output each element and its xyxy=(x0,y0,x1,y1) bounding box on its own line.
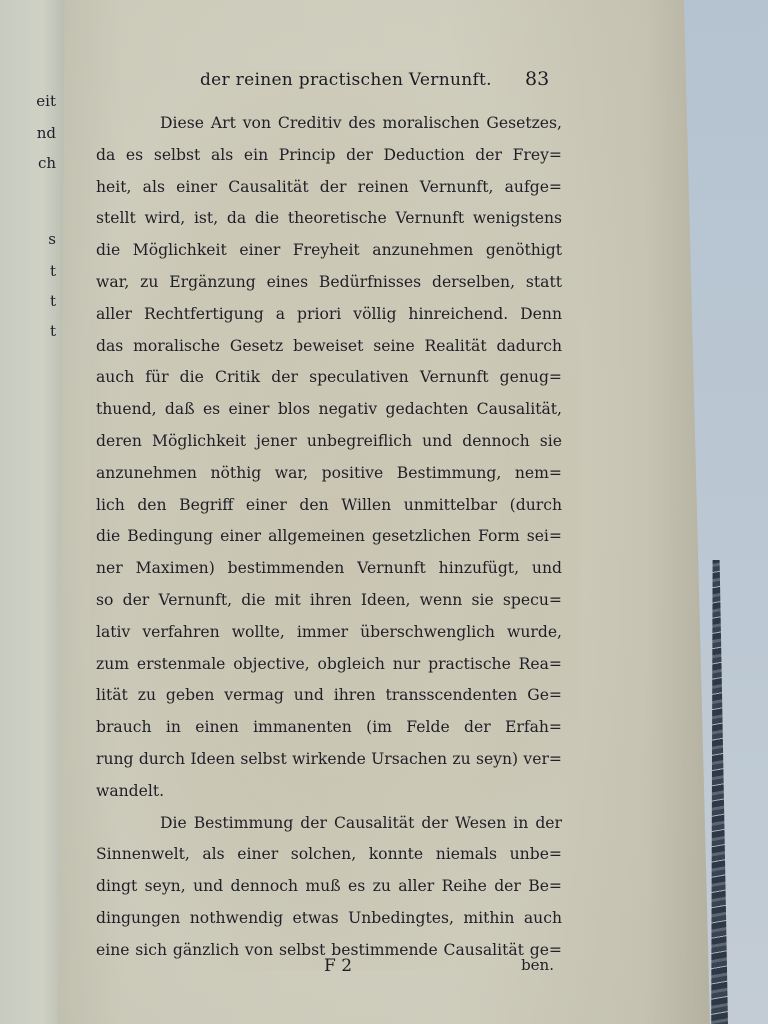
text-line: war, zu Ergänzung eines Bedürfnisses der… xyxy=(96,267,562,299)
text-line: wandelt. xyxy=(96,776,562,808)
facing-page-fragment: t xyxy=(50,322,56,340)
text-line: das moralische Gesetz beweiset seine Rea… xyxy=(96,331,562,363)
text-line: dingungen nothwendig etwas Unbedingtes, … xyxy=(96,903,562,935)
text-line: thuend, daß es einer blos negativ gedach… xyxy=(96,394,562,426)
facing-page-fragment: t xyxy=(50,262,56,280)
facing-page-fragment: t xyxy=(50,292,56,310)
facing-page-fragment: ch xyxy=(38,154,56,172)
text-line: aller Rechtfertigung a priori völlig hin… xyxy=(96,299,562,331)
text-line: dingt seyn, und dennoch muß es zu aller … xyxy=(96,871,562,903)
text-line: lität zu geben vermag und ihren transsce… xyxy=(96,680,562,712)
text-line: die Bedingung einer allgemeinen gesetzli… xyxy=(96,521,562,553)
facing-page-fragment: eit xyxy=(36,92,56,110)
page-footer: F 2 ben. xyxy=(96,952,562,980)
text-line: lativ verfahren wollte, immer überschwen… xyxy=(96,617,562,649)
text-line: ner Maximen) bestimmenden Vernunft hinzu… xyxy=(96,553,562,585)
text-line: stellt wird, ist, da die theoretische Ve… xyxy=(96,203,562,235)
facing-page-fragment: nd xyxy=(37,124,56,142)
text-line: anzunehmen nöthig war, positive Bestimmu… xyxy=(96,458,562,490)
signature-mark: F 2 xyxy=(324,956,352,976)
text-line: Die Bestimmung der Causalität der Wesen … xyxy=(96,808,562,840)
text-line: lich den Begriff einer den Willen unmitt… xyxy=(96,490,562,522)
page-number: 83 xyxy=(525,68,549,90)
text-line: auch für die Critik der speculativen Ver… xyxy=(96,362,562,394)
text-line: deren Möglichkeit jener unbegreiflich un… xyxy=(96,426,562,458)
text-line: so der Vernunft, die mit ihren Ideen, we… xyxy=(96,585,562,617)
text-line: brauch in einen immanenten (im Felde der… xyxy=(96,712,562,744)
text-line: Diese Art von Creditiv des moralischen G… xyxy=(96,108,562,140)
text-line: die Möglichkeit einer Freyheit anzunehme… xyxy=(96,235,562,267)
page-header: der reinen practischen Vernunft. 83 xyxy=(200,70,560,100)
catchword: ben. xyxy=(521,956,554,974)
text-line: rung durch Ideen selbst wirkende Ursache… xyxy=(96,744,562,776)
text-line: Sinnenwelt, als einer solchen, konnte ni… xyxy=(96,839,562,871)
text-line: zum erstenmale objective, obgleich nur p… xyxy=(96,649,562,681)
body-text: Diese Art von Creditiv des moralischen G… xyxy=(96,108,562,967)
text-line: heit, als einer Causalität der reinen Ve… xyxy=(96,172,562,204)
facing-page-fragment: s xyxy=(48,230,56,248)
running-head: der reinen practischen Vernunft. xyxy=(200,70,492,90)
text-line: da es selbst als ein Princip der Deducti… xyxy=(96,140,562,172)
